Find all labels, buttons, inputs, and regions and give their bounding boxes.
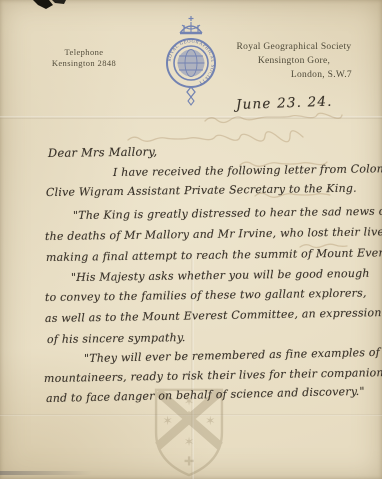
svg-text:✶: ✶: [205, 413, 216, 428]
royal-geographical-society-crest-icon: ROYAL GEOGRAPHICAL SOCIETY: [160, 15, 222, 113]
svg-text:✚: ✚: [184, 453, 195, 468]
letter-date: June 23. 24.: [236, 94, 333, 113]
letterhead-address-block: Royal Geographical Society Kensington Go…: [230, 40, 358, 82]
salutation: Dear Mrs Mallory,: [48, 144, 157, 160]
svg-text:✶: ✶: [162, 413, 173, 428]
letterhead-telephone-block: Telephone Kensington 2848: [38, 47, 130, 69]
society-name: Royal Geographical Society: [230, 40, 358, 54]
telephone-number: Kensington 2848: [38, 58, 130, 69]
svg-text:✶: ✶: [184, 434, 195, 449]
letter-sheet: Telephone Kensington 2848 Royal Geograph…: [0, 0, 382, 479]
telephone-label: Telephone: [38, 47, 130, 58]
address-line1: Kensington Gore,: [230, 54, 358, 68]
address-line2: London, S.W.7: [230, 68, 358, 82]
letter-line: of his sincere sympathy.: [47, 331, 186, 346]
